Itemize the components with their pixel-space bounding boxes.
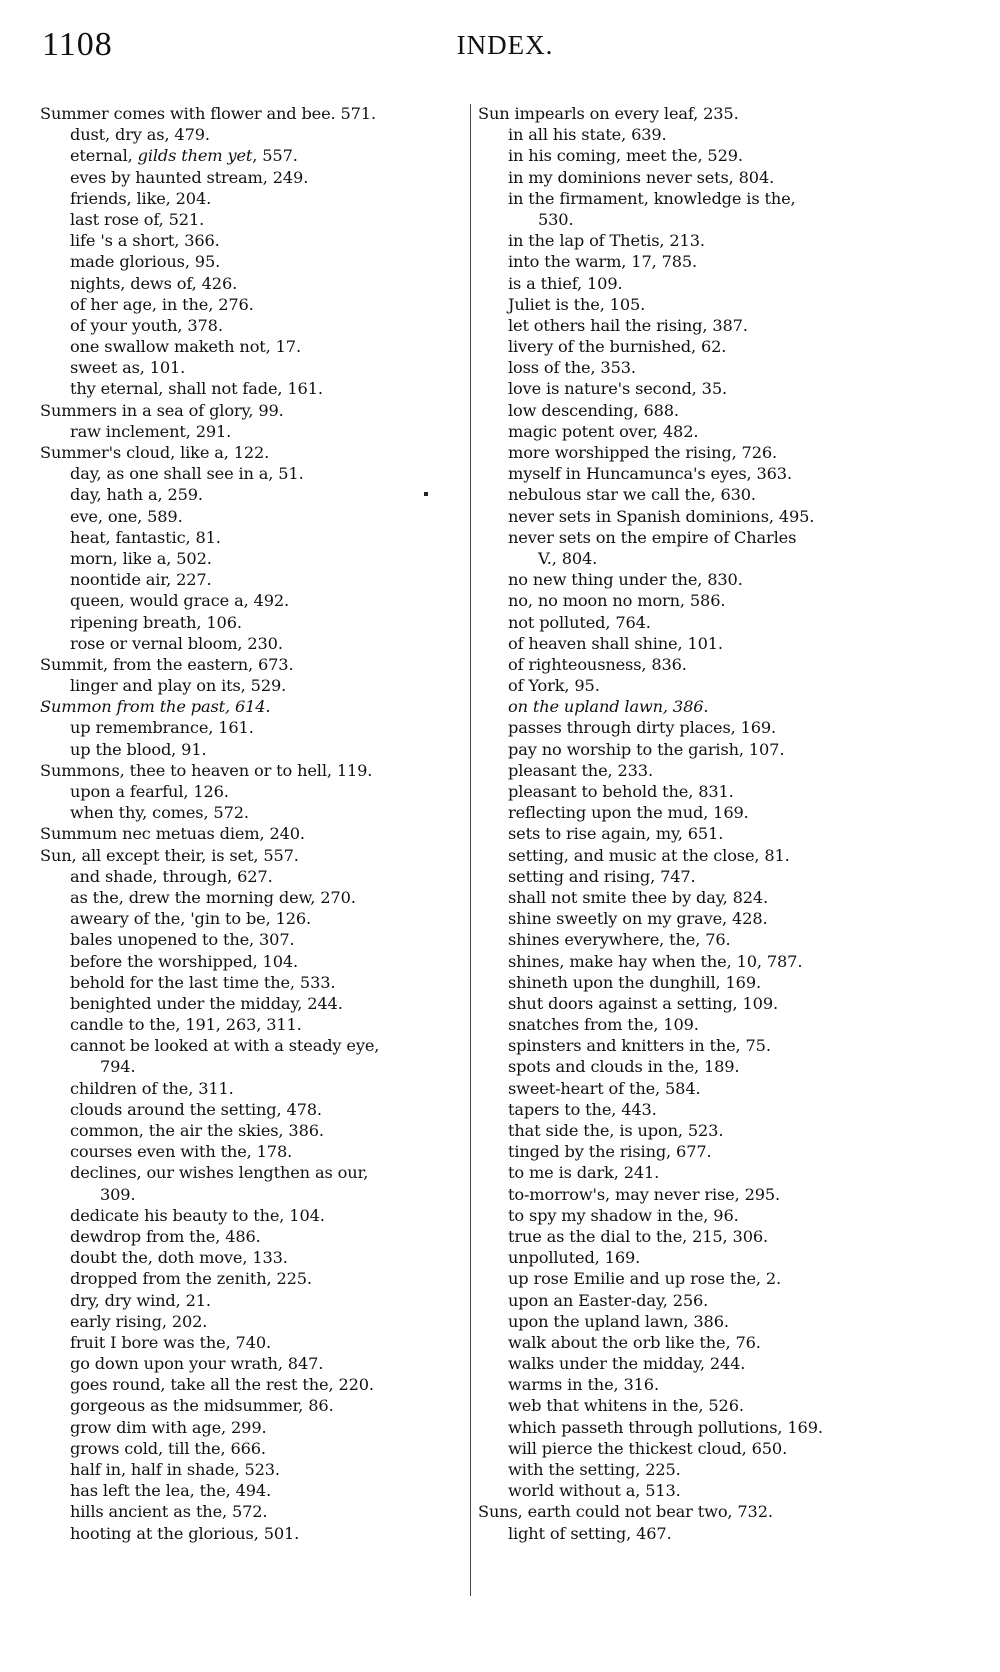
index-subentry: upon the upland lawn, 386.	[478, 1311, 943, 1332]
index-subentry: hills ancient as the, 572.	[40, 1501, 460, 1522]
index-subentry: nights, dews of, 426.	[40, 273, 460, 294]
index-subentry: upon a fearful, 126.	[40, 781, 460, 802]
index-subentry: aweary of the, 'gin to be, 126.	[40, 908, 460, 929]
index-subentry: nebulous star we call the, 630.	[478, 484, 943, 505]
index-subentry: loss of the, 353.	[478, 357, 943, 378]
column-divider	[470, 104, 471, 1596]
index-subentry: unpolluted, 169.	[478, 1247, 943, 1268]
index-subentry: children of the, 311.	[40, 1078, 460, 1099]
index-subentry: into the warm, 17, 785.	[478, 251, 943, 272]
index-subentry: spinsters and knitters in the, 75.	[478, 1035, 943, 1056]
index-subentry: and shade, through, 627.	[40, 866, 460, 887]
index-subentry: cannot be looked at with a steady eye,	[40, 1035, 460, 1056]
index-subentry: eves by haunted stream, 249.	[40, 167, 460, 188]
index-subentry: dry, dry wind, 21.	[40, 1290, 460, 1311]
index-column-left: Summer comes with flower and bee. 571.du…	[40, 103, 460, 1544]
index-subentry: last rose of, 521.	[40, 209, 460, 230]
index-subentry: tapers to the, 443.	[478, 1099, 943, 1120]
index-subentry: shall not smite thee by day, 824.	[478, 887, 943, 908]
index-column-right: Sun impearls on every leaf, 235.in all h…	[478, 103, 943, 1544]
index-subentry: rose or vernal bloom, 230.	[40, 633, 460, 654]
index-subentry: hooting at the glorious, 501.	[40, 1523, 460, 1544]
index-subentry: sweet-heart of the, 584.	[478, 1078, 943, 1099]
index-subentry: walks under the midday, 244.	[478, 1353, 943, 1374]
index-subentry: dropped from the zenith, 225.	[40, 1268, 460, 1289]
index-subentry: as the, drew the morning dew, 270.	[40, 887, 460, 908]
index-subentry: never sets in Spanish dominions, 495.	[478, 506, 943, 527]
index-subentry: common, the air the skies, 386.	[40, 1120, 460, 1141]
page-number: 1108	[42, 26, 113, 64]
index-subentry: passes through dirty places, 169.	[478, 717, 943, 738]
index-subentry: heat, fantastic, 81.	[40, 527, 460, 548]
index-subentry: is a thief, 109.	[478, 273, 943, 294]
index-subentry: declines, our wishes lengthen as our,	[40, 1162, 460, 1183]
index-subentry: eternal, gilds them yet, 557.	[40, 145, 460, 166]
index-subentry: up rose Emilie and up rose the, 2.	[478, 1268, 943, 1289]
index-subentry: of York, 95.	[478, 675, 943, 696]
index-entry-continuation: 794.	[40, 1056, 460, 1077]
index-heading-entry: Summit, from the eastern, 673.	[40, 654, 460, 675]
index-subentry: to me is dark, 241.	[478, 1162, 943, 1183]
index-subentry: walk about the orb like the, 76.	[478, 1332, 943, 1353]
index-entry-continuation: V., 804.	[478, 548, 943, 569]
index-subentry: spots and clouds in the, 189.	[478, 1056, 943, 1077]
index-heading-entry: Summon from the past, 614.	[40, 696, 460, 717]
index-subentry: when thy, comes, 572.	[40, 802, 460, 823]
index-subentry: to spy my shadow in the, 96.	[478, 1205, 943, 1226]
index-subentry: tinged by the rising, 677.	[478, 1141, 943, 1162]
index-subentry: ripening breath, 106.	[40, 612, 460, 633]
index-subentry: dewdrop from the, 486.	[40, 1226, 460, 1247]
index-subentry: true as the dial to the, 215, 306.	[478, 1226, 943, 1247]
index-subentry: pay no worship to the garish, 107.	[478, 739, 943, 760]
index-subentry: gorgeous as the midsummer, 86.	[40, 1395, 460, 1416]
index-subentry: clouds around the setting, 478.	[40, 1099, 460, 1120]
running-title: INDEX.	[400, 30, 610, 61]
index-subentry: magic potent over, 482.	[478, 421, 943, 442]
index-subentry: queen, would grace a, 492.	[40, 590, 460, 611]
index-subentry: before the worshipped, 104.	[40, 951, 460, 972]
index-subentry: let others hail the rising, 387.	[478, 315, 943, 336]
index-subentry: early rising, 202.	[40, 1311, 460, 1332]
index-subentry: sweet as, 101.	[40, 357, 460, 378]
index-subentry: love is nature's second, 35.	[478, 378, 943, 399]
index-subentry: more worshipped the rising, 726.	[478, 442, 943, 463]
index-subentry: bales unopened to the, 307.	[40, 929, 460, 950]
print-speck	[424, 492, 428, 496]
index-subentry: morn, like a, 502.	[40, 548, 460, 569]
index-subentry: doubt the, doth move, 133.	[40, 1247, 460, 1268]
index-subentry: myself in Huncamunca's eyes, 363.	[478, 463, 943, 484]
italic-quote: gilds them yet	[138, 146, 253, 165]
index-subentry: no new thing under the, 830.	[478, 569, 943, 590]
index-subentry: setting and rising, 747.	[478, 866, 943, 887]
index-subentry: in the lap of Thetis, 213.	[478, 230, 943, 251]
index-subentry: snatches from the, 109.	[478, 1014, 943, 1035]
index-subentry: shines, make hay when the, 10, 787.	[478, 951, 943, 972]
index-subentry: Juliet is the, 105.	[478, 294, 943, 315]
index-heading-entry: Suns, earth could not bear two, 732.	[478, 1501, 943, 1522]
index-subentry: linger and play on its, 529.	[40, 675, 460, 696]
index-entry-continuation: 309.	[40, 1184, 460, 1205]
index-subentry: candle to the, 191, 263, 311.	[40, 1014, 460, 1035]
index-subentry: goes round, take all the rest the, 220.	[40, 1374, 460, 1395]
index-heading-entry: Sun, all except their, is set, 557.	[40, 845, 460, 866]
index-subentry: eve, one, 589.	[40, 506, 460, 527]
index-subentry: on the upland lawn, 386.	[478, 696, 943, 717]
index-subentry: has left the lea, the, 494.	[40, 1480, 460, 1501]
index-subentry: benighted under the midday, 244.	[40, 993, 460, 1014]
index-heading-entry: Summum nec metuas diem, 240.	[40, 823, 460, 844]
index-subentry: of your youth, 378.	[40, 315, 460, 336]
index-subentry: no, no moon no morn, 586.	[478, 590, 943, 611]
index-subentry: sets to rise again, my, 651.	[478, 823, 943, 844]
index-subentry: one swallow maketh not, 17.	[40, 336, 460, 357]
index-subentry: dedicate his beauty to the, 104.	[40, 1205, 460, 1226]
index-subentry: fruit I bore was the, 740.	[40, 1332, 460, 1353]
index-subentry: up the blood, 91.	[40, 739, 460, 760]
index-subentry: made glorious, 95.	[40, 251, 460, 272]
index-subentry: light of setting, 467.	[478, 1523, 943, 1544]
index-subentry: behold for the last time the, 533.	[40, 972, 460, 993]
index-subentry: courses even with the, 178.	[40, 1141, 460, 1162]
index-heading-entry: Summers in a sea of glory, 99.	[40, 400, 460, 421]
index-subentry: reflecting upon the mud, 169.	[478, 802, 943, 823]
index-subentry: to-morrow's, may never rise, 295.	[478, 1184, 943, 1205]
index-subentry: day, as one shall see in a, 51.	[40, 463, 460, 484]
index-subentry: up remembrance, 161.	[40, 717, 460, 738]
index-subentry: of righteousness, 836.	[478, 654, 943, 675]
index-subentry: low descending, 688.	[478, 400, 943, 421]
index-subentry: friends, like, 204.	[40, 188, 460, 209]
index-subentry: of her age, in the, 276.	[40, 294, 460, 315]
index-subentry: in all his state, 639.	[478, 124, 943, 145]
index-heading-entry: Summer's cloud, like a, 122.	[40, 442, 460, 463]
index-subentry: world without a, 513.	[478, 1480, 943, 1501]
index-subentry: with the setting, 225.	[478, 1459, 943, 1480]
index-subentry: shineth upon the dunghill, 169.	[478, 972, 943, 993]
index-heading-entry: Sun impearls on every leaf, 235.	[478, 103, 943, 124]
index-subentry: raw inclement, 291.	[40, 421, 460, 442]
index-subentry: life 's a short, 366.	[40, 230, 460, 251]
index-subentry: shine sweetly on my grave, 428.	[478, 908, 943, 929]
index-subentry: go down upon your wrath, 847.	[40, 1353, 460, 1374]
index-subentry: that side the, is upon, 523.	[478, 1120, 943, 1141]
index-subentry: dust, dry as, 479.	[40, 124, 460, 145]
index-heading-entry: Summons, thee to heaven or to hell, 119.	[40, 760, 460, 781]
index-subentry: upon an Easter-day, 256.	[478, 1290, 943, 1311]
index-subentry: never sets on the empire of Charles	[478, 527, 943, 548]
index-subentry: in the firmament, knowledge is the,	[478, 188, 943, 209]
index-subentry: noontide air, 227.	[40, 569, 460, 590]
index-subentry: grow dim with age, 299.	[40, 1417, 460, 1438]
index-subentry: setting, and music at the close, 81.	[478, 845, 943, 866]
index-subentry: half in, half in shade, 523.	[40, 1459, 460, 1480]
index-entry-continuation: 530.	[478, 209, 943, 230]
index-subentry: shut doors against a setting, 109.	[478, 993, 943, 1014]
index-subentry: not polluted, 764.	[478, 612, 943, 633]
index-subentry: grows cold, till the, 666.	[40, 1438, 460, 1459]
page-header: 1108 INDEX.	[0, 18, 1000, 68]
index-subentry: livery of the burnished, 62.	[478, 336, 943, 357]
index-subentry: thy eternal, shall not fade, 161.	[40, 378, 460, 399]
index-subentry: pleasant the, 233.	[478, 760, 943, 781]
index-subentry: will pierce the thickest cloud, 650.	[478, 1438, 943, 1459]
index-subentry: in his coming, meet the, 529.	[478, 145, 943, 166]
index-subentry: shines everywhere, the, 76.	[478, 929, 943, 950]
index-subentry: which passeth through pollutions, 169.	[478, 1417, 943, 1438]
index-subentry: pleasant to behold the, 831.	[478, 781, 943, 802]
index-subentry: web that whitens in the, 526.	[478, 1395, 943, 1416]
index-heading-entry: Summer comes with flower and bee. 571.	[40, 103, 460, 124]
index-subentry: of heaven shall shine, 101.	[478, 633, 943, 654]
index-subentry: day, hath a, 259.	[40, 484, 460, 505]
index-subentry: warms in the, 316.	[478, 1374, 943, 1395]
index-subentry: in my dominions never sets, 804.	[478, 167, 943, 188]
